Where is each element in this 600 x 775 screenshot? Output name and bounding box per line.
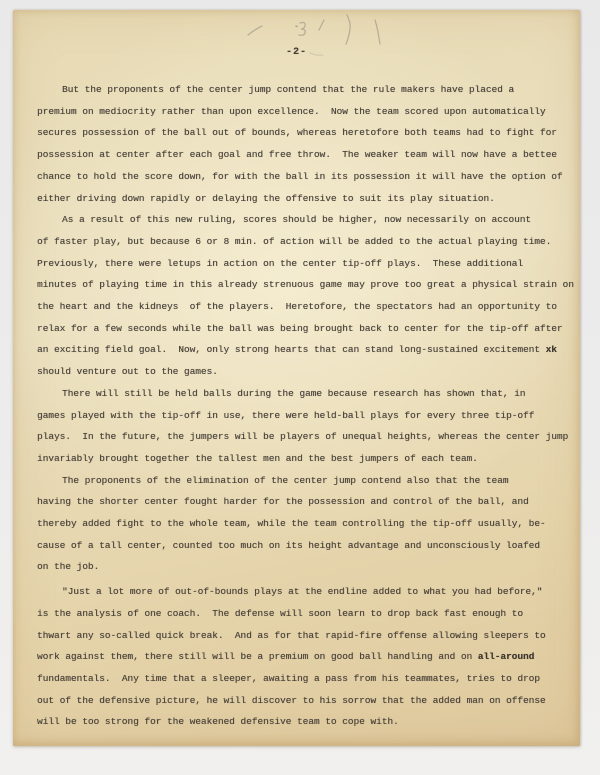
text-line: plays. In the future, the jumpers will b… bbox=[37, 426, 580, 448]
text-line: secures possession of the ball out of bo… bbox=[37, 122, 580, 144]
text-line: chance to hold the score down, for with … bbox=[37, 166, 580, 188]
text-line: relax for a few seconds while the ball w… bbox=[37, 318, 580, 340]
text-line: premium on mediocrity rather than upon e… bbox=[37, 101, 580, 123]
text-line: work against them, there still will be a… bbox=[37, 646, 580, 668]
text-line: cause of a tall center, counted too much… bbox=[37, 535, 580, 557]
text-line: As a result of this new ruling, scores s… bbox=[37, 209, 580, 231]
page-number: -2- bbox=[13, 46, 580, 60]
text-line: the heart and the kidneys of the players… bbox=[37, 296, 580, 318]
text-line: an exciting field goal. Now, only strong… bbox=[37, 339, 580, 361]
document-page: -2- But the proponents of the center jum… bbox=[13, 10, 580, 746]
text-line: having the shorter center fought harder … bbox=[37, 491, 580, 513]
text-line: either driving down rapidly or delaying … bbox=[37, 188, 580, 210]
paragraph: The proponents of the elimination of the… bbox=[37, 470, 580, 579]
paragraph: "Just a lot more of out-of-bounds plays … bbox=[37, 581, 580, 733]
text-line: out of the defensive picture, he will di… bbox=[37, 690, 580, 712]
text-line: The proponents of the elimination of the… bbox=[37, 470, 580, 492]
text-line: "Just a lot more of out-of-bounds plays … bbox=[37, 581, 580, 603]
text-line: games played with the tip-off in use, th… bbox=[37, 405, 580, 427]
text-line: possession at center after each goal and… bbox=[37, 144, 580, 166]
paragraph: But the proponents of the center jump co… bbox=[37, 79, 580, 209]
text-line: should venture out to the games. bbox=[37, 361, 580, 383]
document-body: But the proponents of the center jump co… bbox=[37, 79, 580, 733]
text-line: of faster play, but because 6 or 8 min. … bbox=[37, 231, 580, 253]
text-line: There will still be held balls during th… bbox=[37, 383, 580, 405]
pencil-scribble-marks bbox=[230, 12, 400, 70]
page-background: { "document": { "page_number": "-2-", "p… bbox=[0, 0, 600, 775]
text-line: will be too strong for the weakened defe… bbox=[37, 711, 580, 733]
text-line: is the analysis of one coach. The defens… bbox=[37, 603, 580, 625]
paragraph: As a result of this new ruling, scores s… bbox=[37, 209, 580, 383]
text-line: minutes of playing time in this already … bbox=[37, 274, 580, 296]
text-line: Previously, there were letups in action … bbox=[37, 253, 580, 275]
text-line: thereby added fight to the whole team, w… bbox=[37, 513, 580, 535]
text-line: thwart any so-called quick break. And as… bbox=[37, 625, 580, 647]
text-line: fundamentals. Any time that a sleeper, a… bbox=[37, 668, 580, 690]
text-line: invariably brought together the tallest … bbox=[37, 448, 580, 470]
text-line: on the job. bbox=[37, 556, 580, 578]
text-line: But the proponents of the center jump co… bbox=[37, 79, 580, 101]
paragraph: There will still be held balls during th… bbox=[37, 383, 580, 470]
